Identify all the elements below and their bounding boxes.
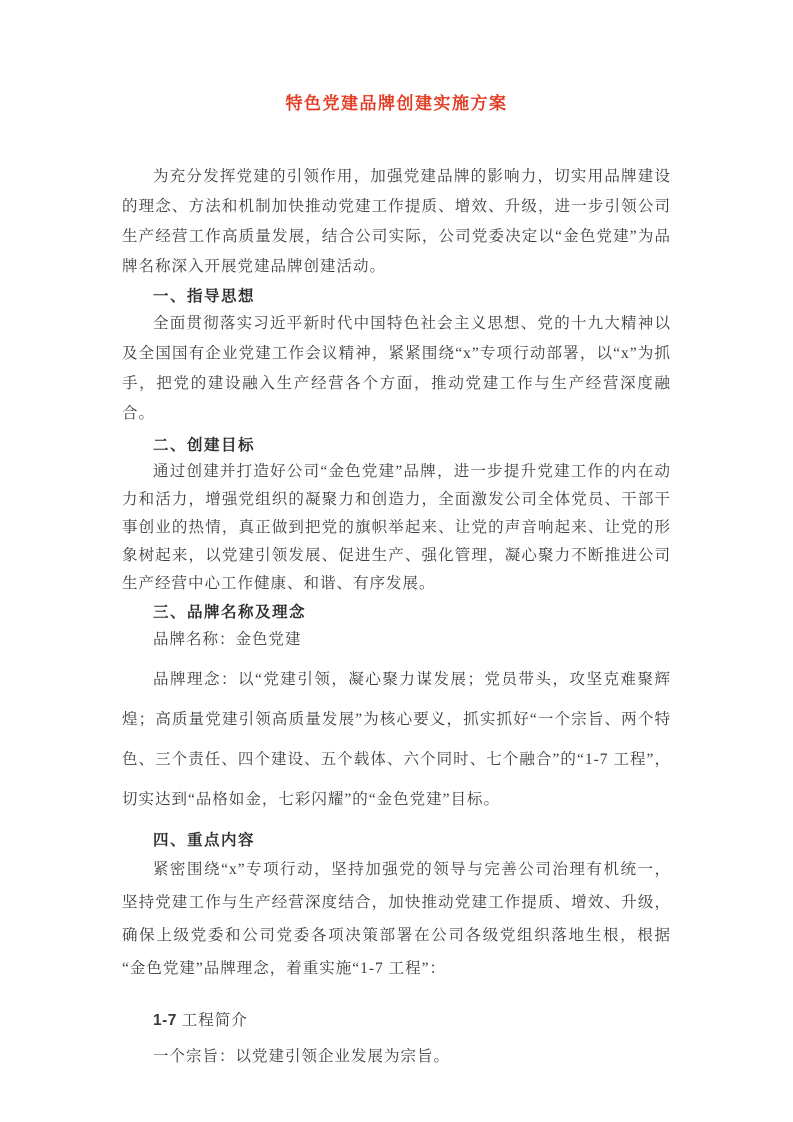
section3-heading: 三、品牌名称及理念: [122, 600, 671, 625]
section1-heading: 一、指导思想: [122, 284, 671, 309]
section4-heading: 四、重点内容: [122, 828, 671, 853]
purpose-item-line: 一个宗旨：以党建引领企业发展为宗旨。: [122, 1046, 671, 1068]
section1-body: 全面贯彻落实习近平新时代中国特色社会主义思想、党的十九大精神以及全国国有企业党建…: [122, 309, 671, 429]
section2-body: 通过创建并打造好公司“金色党建”品牌，进一步提升党建工作的内在动力和活力，增强党…: [122, 458, 671, 598]
project-intro-subheading: 1-7 工程简介: [122, 1010, 671, 1032]
section4-body: 紧密围绕“x”专项行动，坚持加强党的领导与完善公司治理有机统一，坚持党建工作与生…: [122, 853, 671, 985]
document-page: 特色党建品牌创建实施方案 为充分发挥党建的引领作用，加强党建品牌的影响力，切实用…: [0, 0, 793, 1122]
project-intro-label: 工程简介: [177, 1012, 248, 1029]
intro-paragraph: 为充分发挥党建的引领作用，加强党建品牌的影响力，切实用品牌建设的理念、方法和机制…: [122, 162, 671, 282]
project-number: 1-7: [153, 1012, 177, 1029]
brand-name-line: 品牌名称：金色党建: [122, 626, 671, 654]
section2-heading: 二、创建目标: [122, 433, 671, 458]
brand-idea-paragraph: 品牌理念：以“党建引领，凝心聚力谋发展；党员带头，攻坚克难聚辉煌；高质量党建引领…: [122, 660, 671, 820]
document-title: 特色党建品牌创建实施方案: [122, 92, 671, 116]
